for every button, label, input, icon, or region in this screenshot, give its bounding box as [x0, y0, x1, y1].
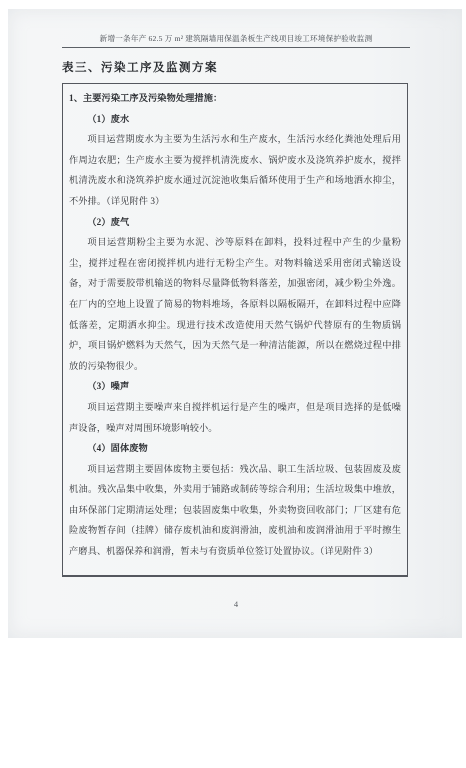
header-rule: [62, 47, 410, 48]
scanned-page: 新增一条年产 62.5 万 m² 建筑隔墙用保温条板生产线项目竣工环境保护验收监…: [8, 9, 462, 638]
section-text-solid-waste: 项目运营期主要固体废物主要包括：残次品、职工生活垃圾、包装固废及废机油。残次品集…: [69, 459, 401, 562]
section-text-wastewater: 项目运营期废水为主要为生活污水和生产废水，生活污水经化粪池处理后用作周边农肥；生…: [69, 129, 401, 211]
section-text-waste-gas: 项目运营期粉尘主要为水泥、沙等原料在卸料，投料过程中产生的少量粉尘，搅拌过程在密…: [69, 232, 401, 376]
pollution-measures-box: 1、主要污染工序及污染物处理措施： （1）废水 项目运营期废水为主要为生活污水和…: [62, 83, 408, 577]
page-number: 4: [62, 599, 410, 609]
page-title: 表三、污染工序及监测方案: [62, 59, 218, 75]
section-label-solid-waste: （4）固体废物: [69, 438, 401, 459]
section-label-wastewater: （1）废水: [69, 109, 401, 130]
section-label-noise: （3）噪声: [69, 376, 401, 397]
running-head: 新增一条年产 62.5 万 m² 建筑隔墙用保温条板生产线项目竣工环境保护验收监…: [62, 33, 410, 44]
section-text-noise: 项目运营期主要噪声来自搅拌机运行是产生的噪声，但是项目选择的是低噪声设备，噪声对…: [69, 397, 401, 438]
section-label-waste-gas: （2）废气: [69, 212, 401, 233]
box-heading: 1、主要污染工序及污染物处理措施：: [69, 88, 401, 109]
